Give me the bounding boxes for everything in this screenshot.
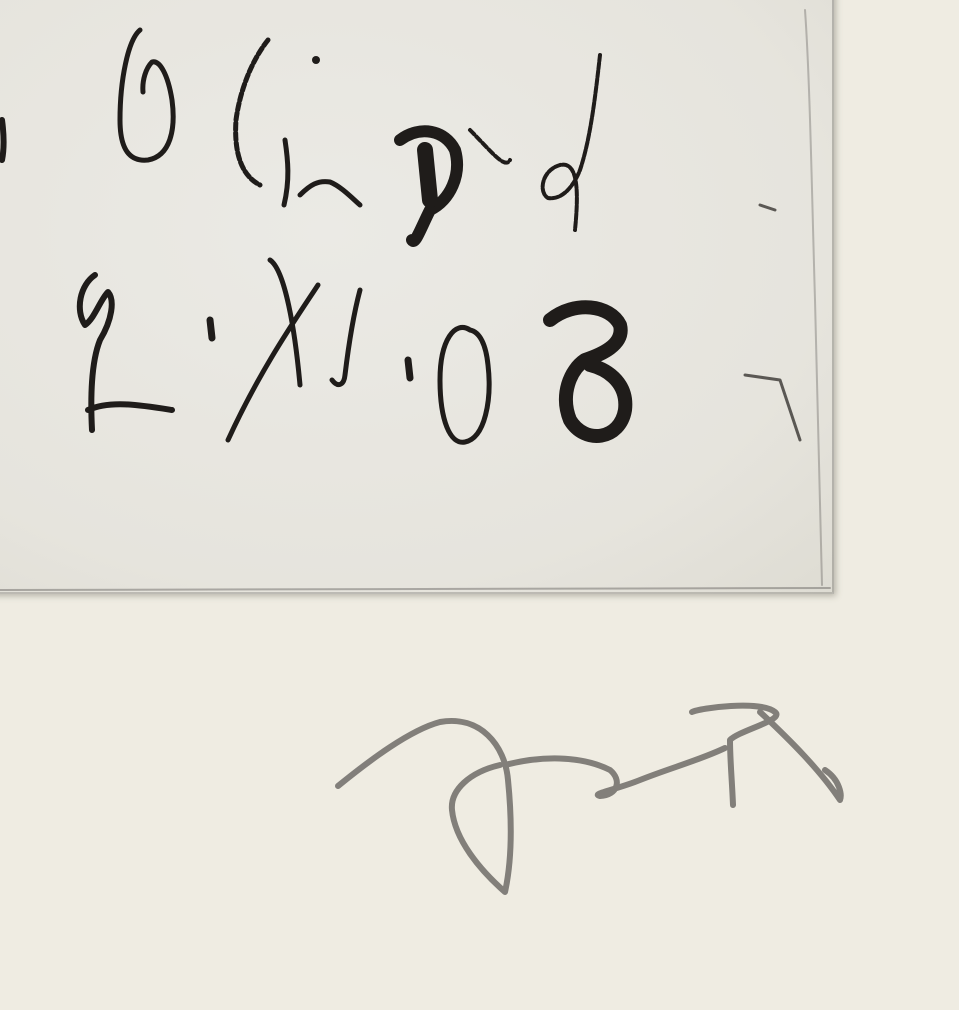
paper-sheet: 0 Cisard 2.XS.08 Joan Miró (pencil signa… (0, 0, 959, 1010)
pencil-signature (0, 0, 959, 1010)
